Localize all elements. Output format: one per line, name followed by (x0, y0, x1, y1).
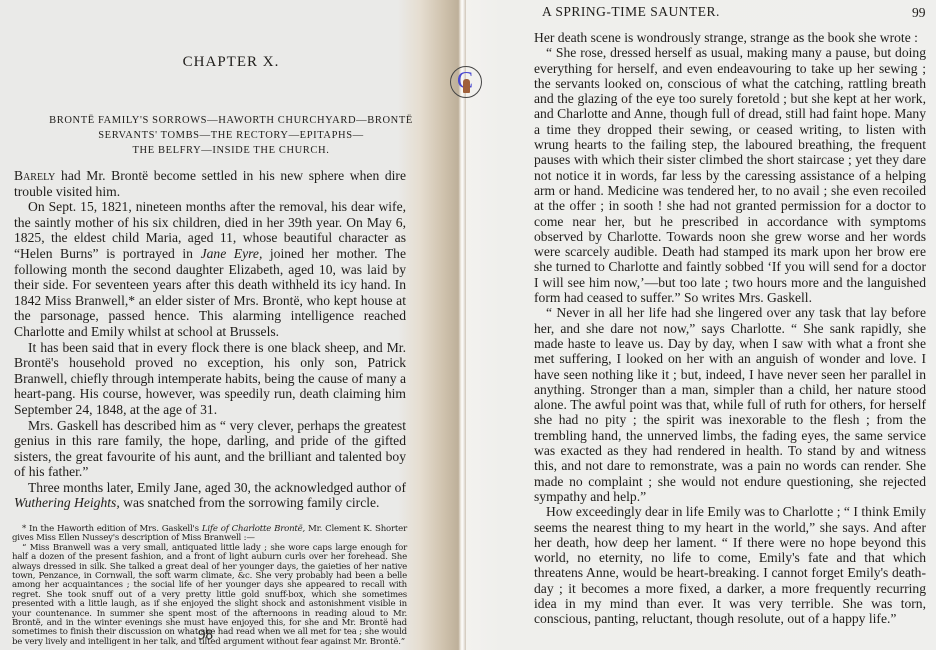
left-page: CHAPTER X. BRONTË FAMILY'S SORROWS—HAWOR… (0, 0, 462, 650)
subheading-line: THE BELFRY—INSIDE THE CHURCH. (0, 143, 462, 158)
paragraph-text: had Mr. Brontë become settled in his new… (14, 168, 406, 199)
book-title-jane-eyre: Jane Eyre, (201, 246, 263, 261)
paragraph: It has been said that in every flock the… (14, 340, 406, 418)
page-number-right: 99 (912, 5, 926, 21)
chapter-subheading: BRONTË FAMILY'S SORROWS—HAWORTH CHURCHYA… (0, 113, 462, 158)
running-head: A SPRING-TIME SAUNTER. (542, 4, 720, 20)
paragraph: How exceedingly dear in life Emily was t… (534, 504, 926, 626)
right-body-text: Her death scene is wondrously strange, s… (534, 30, 926, 627)
chapter-title: CHAPTER X. (0, 54, 462, 71)
paragraph: Her death scene is wondrously strange, s… (534, 30, 926, 45)
drop-lead-word: Barely (14, 168, 55, 183)
paragraph-text: Three months later, Emily Jane, aged 30,… (28, 480, 406, 495)
stamp-figure-icon (463, 79, 470, 93)
paragraph: Barely had Mr. Brontë become settled in … (14, 168, 406, 199)
book-title-wuthering-heights: Wuthering Heights, (14, 495, 120, 510)
footnote-intro: * In the Haworth edition of Mrs. Gaskell… (12, 525, 407, 544)
subheading-line: BRONTË FAMILY'S SORROWS—HAWORTH CHURCHYA… (0, 113, 462, 128)
paragraph: “ She rose, dressed herself as usual, ma… (534, 45, 926, 305)
paragraph: On Sept. 15, 1821, nineteen months after… (14, 199, 406, 339)
paragraph: Three months later, Emily Jane, aged 30,… (14, 480, 406, 511)
subheading-line: SERVANTS' TOMBS—THE RECTORY—EPITAPHS— (0, 128, 462, 143)
paragraph: Mrs. Gaskell has described him as “ very… (14, 418, 406, 480)
paragraph: “ Never in all her life had she lingered… (534, 305, 926, 504)
book-spread: CHAPTER X. BRONTË FAMILY'S SORROWS—HAWOR… (0, 0, 936, 650)
left-body-text: Barely had Mr. Brontë become settled in … (14, 168, 406, 511)
paragraph-text: was snatched from the sorrowing family c… (120, 495, 380, 510)
page-number-left: 98 (198, 627, 213, 644)
library-stamp-icon: C (450, 66, 482, 98)
